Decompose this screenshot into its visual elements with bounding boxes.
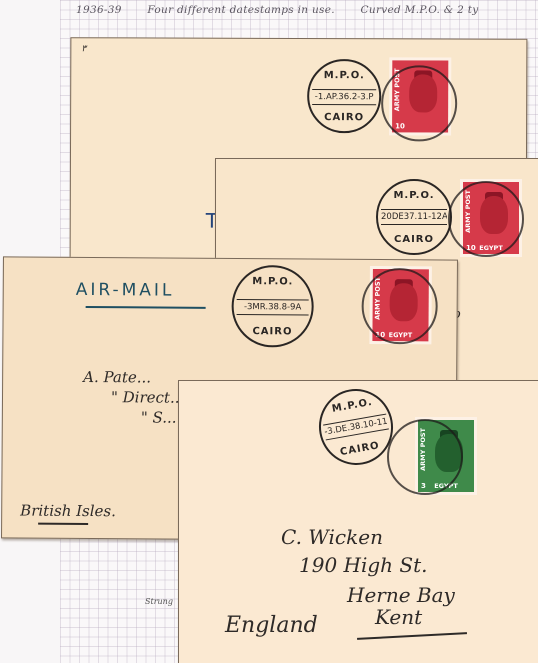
postmark-date: -3.DE.38.10-11 [323,414,389,441]
postmark: M.P.O. -3MR.38.8-9A CAIRO [231,265,314,348]
side-annotation: Strung [145,597,173,606]
address-line: 190 High St. [299,553,428,577]
postmark-bottom: CAIRO [309,112,379,123]
header-text: Four different datestamps in use. [147,4,335,16]
address-line: A. Pate... [83,368,151,386]
cancel-mark [381,65,457,141]
postmark-date: -3MR.38.8-9A [237,299,309,316]
header-trailing: Curved M.P.O. & 2 ty [361,4,479,16]
postmark-date: 20DE37.11-12A [381,209,447,225]
postmark-date: -1.AP.36.2-3.P [312,89,376,105]
address-line: C. Wicken [281,525,383,549]
postmark-top: M.P.O. [317,394,388,417]
address-footer: British Isles. [20,502,116,521]
postmark-bottom: CAIRO [233,326,311,338]
cancel-mark [387,419,463,495]
address-line: " Direct... [111,388,184,407]
address-line: " S... [141,408,177,426]
header-years: 1936-39 [76,4,122,16]
postmark: M.P.O. -1.AP.36.2-3.P CAIRO [307,59,381,133]
address-line: Herne Bay [347,583,455,607]
cancel-mark [361,268,438,345]
postmark-bottom: CAIRO [378,234,450,245]
corner-mark: ٣ [81,44,86,54]
postmark-top: M.P.O. [234,276,312,288]
airmail-underline [86,306,206,308]
postmark-bottom: CAIRO [324,438,395,461]
footer-underline [38,523,88,525]
cancel-mark [448,181,524,257]
country-line: England [225,613,318,638]
airmail-label: AIR-MAIL [76,280,175,301]
cover-4: M.P.O. -3.DE.38.10-11 CAIRO ARMY POST 3 … [178,380,538,663]
postmark: M.P.O. 20DE37.11-12A CAIRO [376,179,452,255]
address-line: Kent [375,605,422,629]
postmark-top: M.P.O. [309,70,379,81]
postmark-top: M.P.O. [378,190,450,201]
address-underline [357,632,467,639]
header-annotation: 1936-39 Four different datestamps in use… [76,4,500,16]
